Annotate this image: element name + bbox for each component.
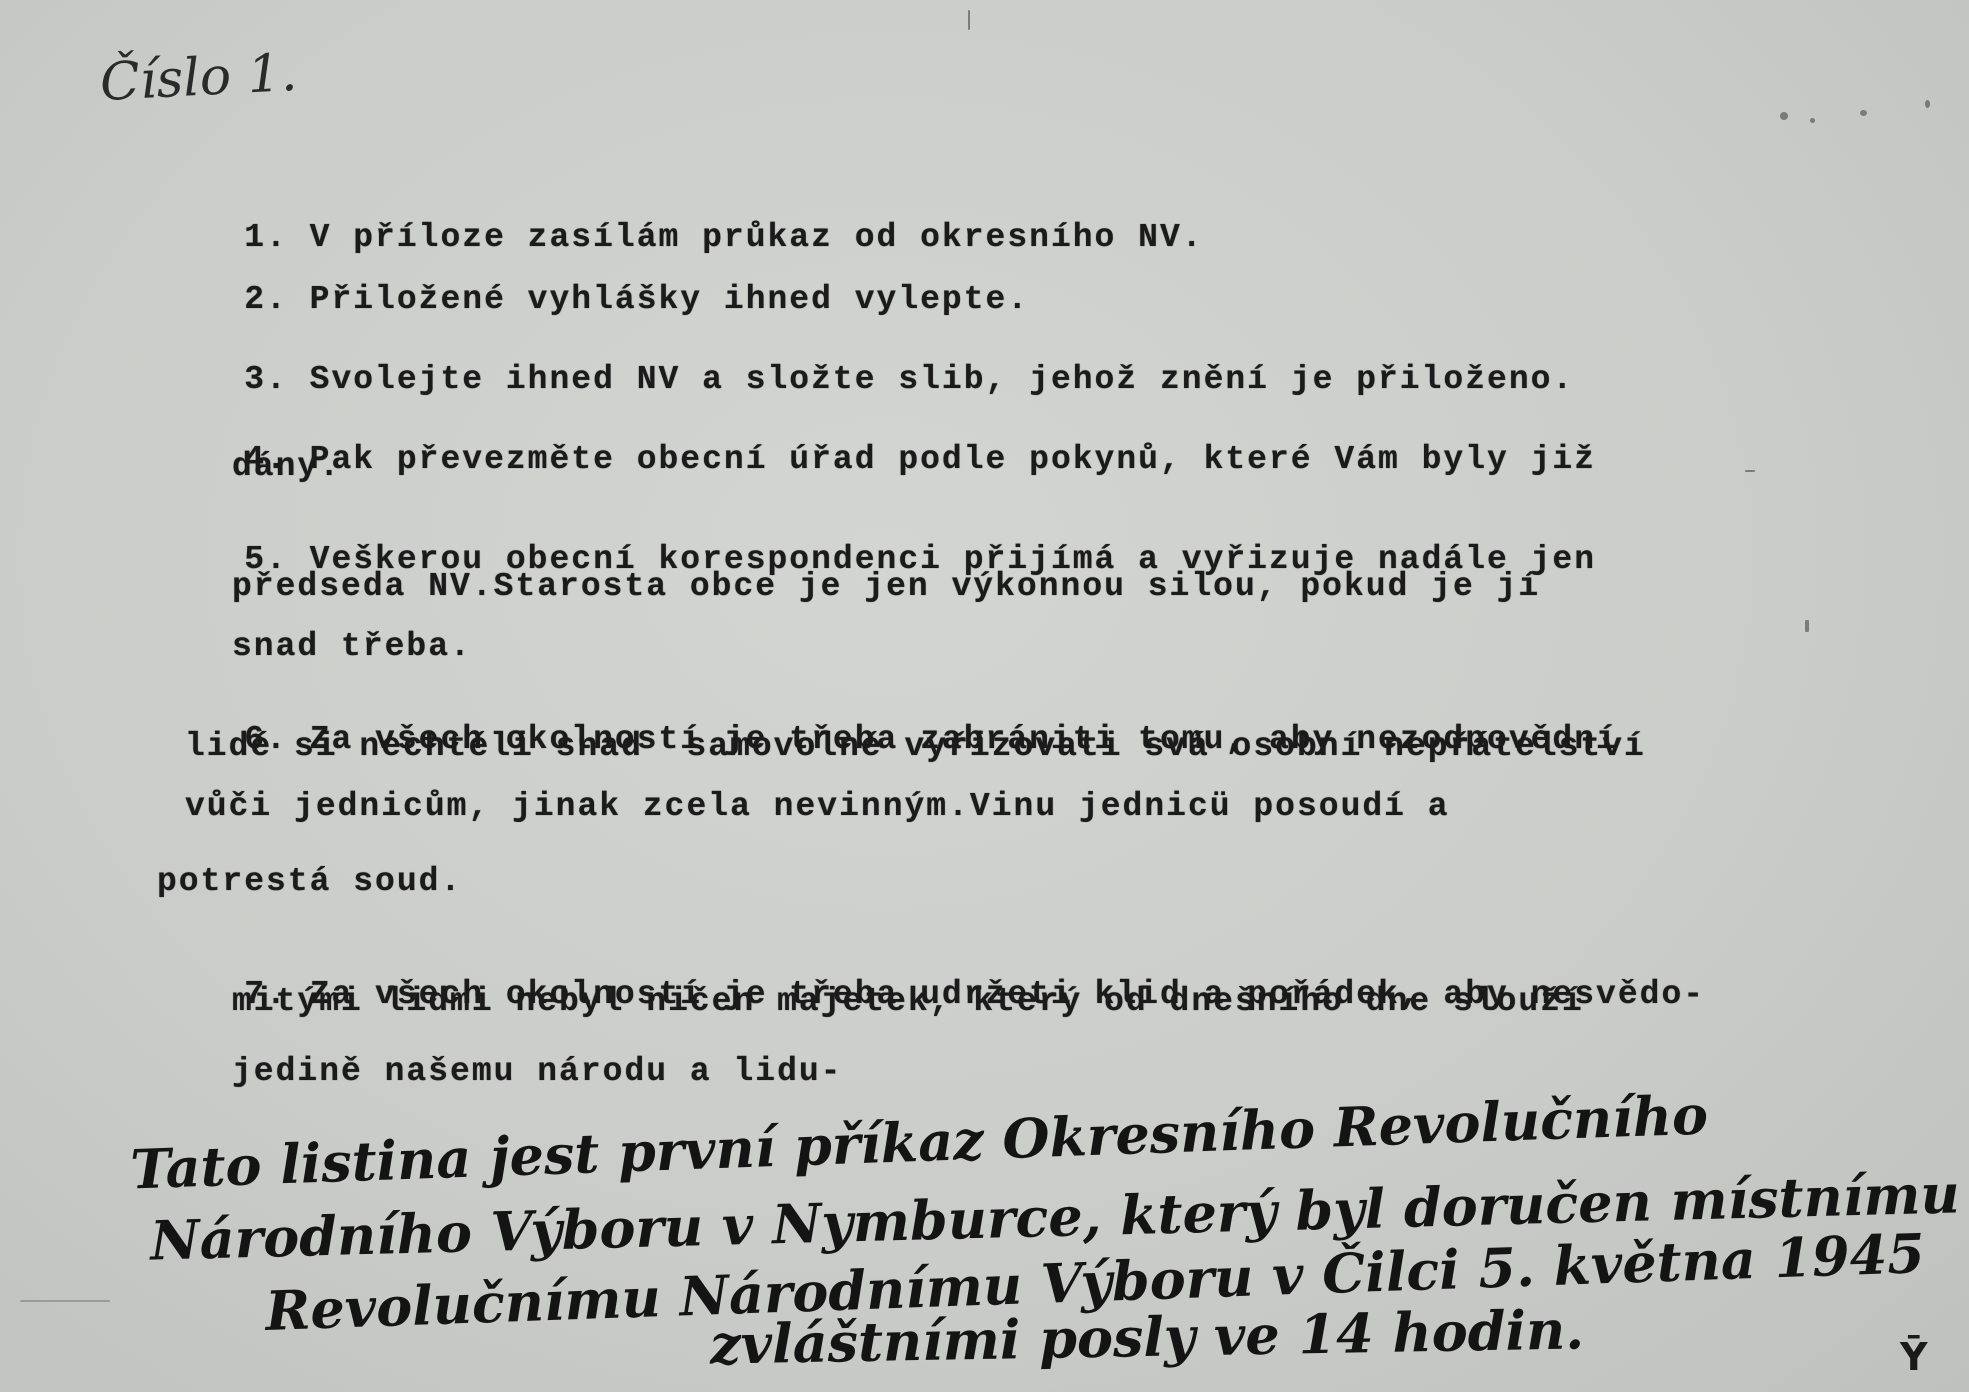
item-text: Pak převezměte obecní úřad podle pokynů,… <box>310 441 1596 478</box>
corner-mark: Ȳ <box>1900 1335 1928 1379</box>
scanned-document: Číslo 1. 1. V příloze zasílám průkaz od … <box>0 0 1969 1392</box>
item-number: 2. <box>244 281 288 318</box>
item-6-cont-1: lidé si nechtěli snad samovolně vyřizova… <box>185 730 1646 763</box>
dust-speck <box>968 10 970 30</box>
item-5-cont-1: předseda NV.Starosta obce je jen výkonno… <box>232 570 1540 603</box>
handwritten-note-line-4: zvláštními posly ve 14 hodin. <box>710 1302 1585 1371</box>
dust-speck <box>20 1300 110 1302</box>
item-6-cont-2: vůči jednicům, jinak zcela nevinným.Vinu… <box>185 790 1450 823</box>
item-5-cont-2: snad třeba. <box>232 630 472 663</box>
item-7-cont-1: mitými lidmi nebyl ničen majetek, který … <box>232 985 1584 1018</box>
dust-speck <box>1860 110 1867 116</box>
item-text: Přiložené vyhlášky ihned vylepte. <box>310 281 1030 318</box>
item-7-cont-2: jedině našemu národu a lidu- <box>232 1055 843 1088</box>
dust-speck <box>1810 118 1815 123</box>
dust-speck <box>1805 620 1809 632</box>
dust-speck <box>1925 100 1930 108</box>
item-4: 4. Pak převezměte obecní úřad podle poky… <box>157 410 1596 509</box>
item-text: Svolejte ihned NV a složte slib, jehož z… <box>310 361 1575 398</box>
dust-speck <box>1745 470 1755 472</box>
dust-speck <box>1780 112 1788 120</box>
item-6-cont-3: potrestá soud. <box>157 865 462 898</box>
item-4-cont: dány. <box>232 450 341 483</box>
item-number: 3. <box>244 361 288 398</box>
document-number-handwritten: Číslo 1. <box>99 47 299 109</box>
